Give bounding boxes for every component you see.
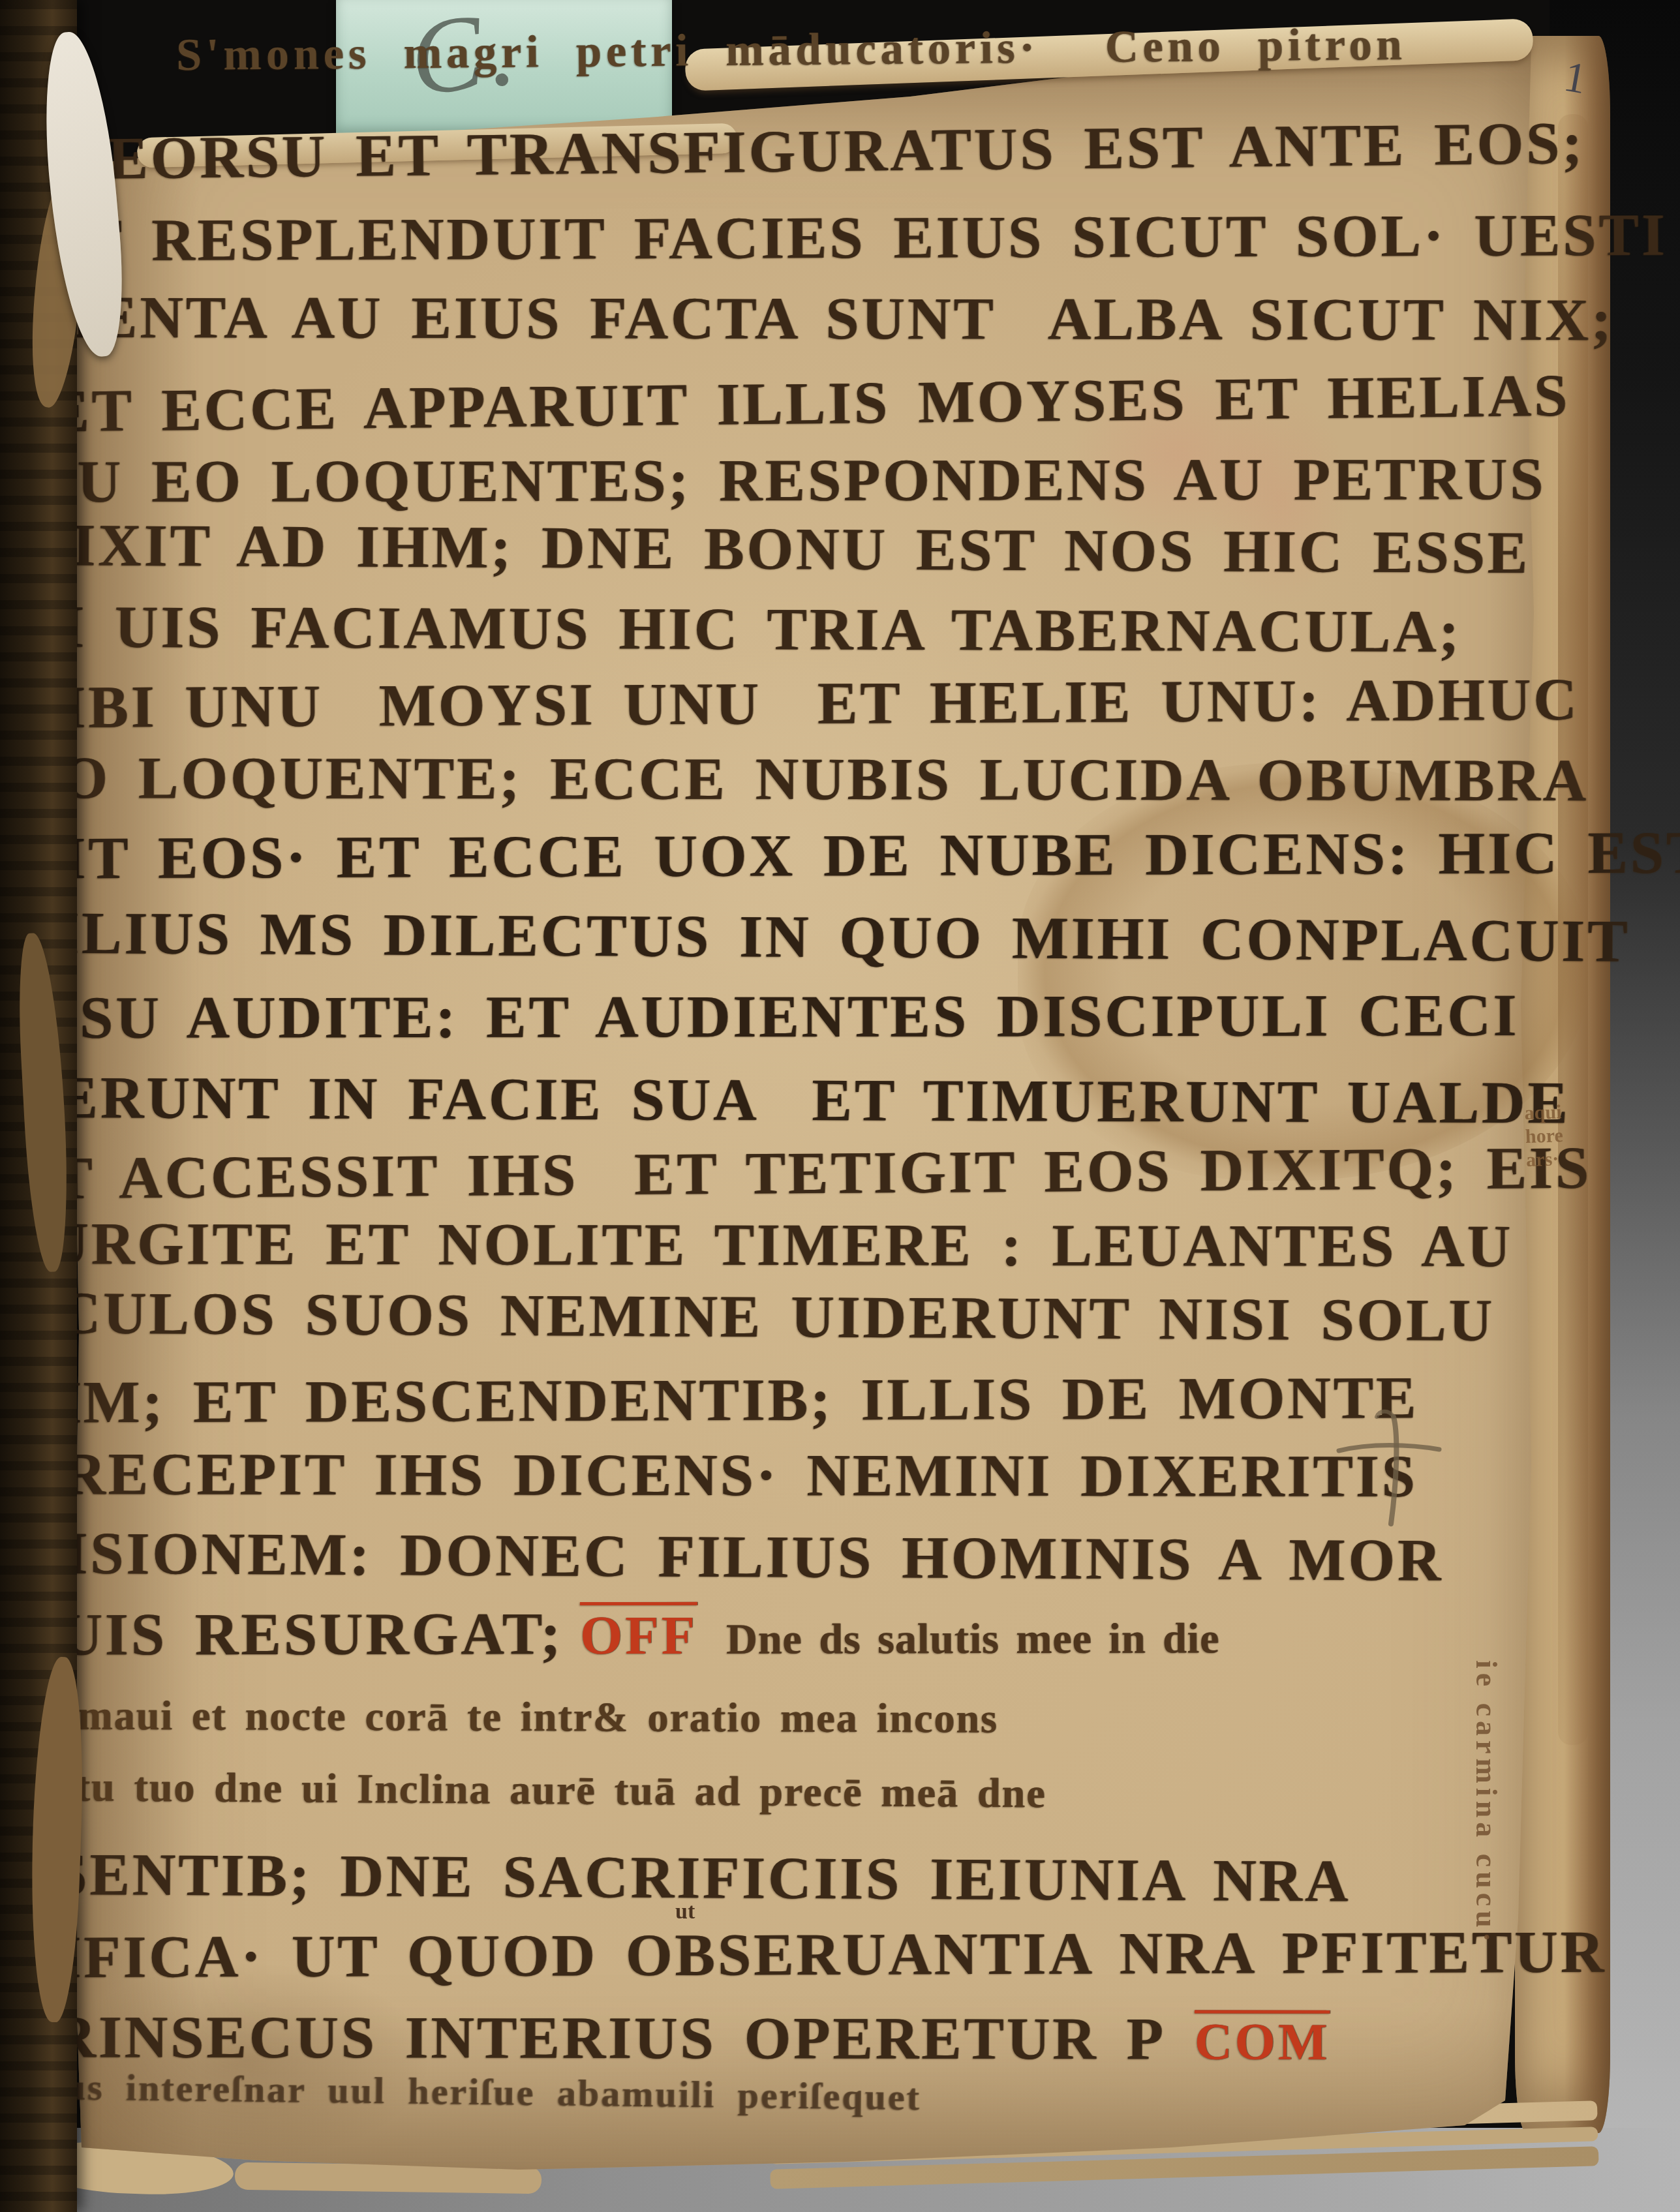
pencil-cross-mark <box>1331 1408 1448 1532</box>
manuscript-line: DERUNT IN FACIE SUA ET TIMUERUNT UALDE <box>12 1067 1570 1132</box>
line-text: TUIS RESURGAT; <box>16 1600 563 1667</box>
manuscript-line: IHM; ET DESCENDENTIB; ILLIS DE MONTE <box>8 1367 1419 1432</box>
manuscript-line: clamaui et nocte corā te intr& oratio me… <box>23 1694 998 1739</box>
manuscript-line: EO LOQUENTE; ECCE NUBIS LUCIDA OBUMBRA <box>18 748 1589 810</box>
manuscript-line: UIT EOS· ET ECCE UOX DE NUBE DICENS: HIC… <box>16 822 1680 888</box>
manuscript-line: TIBI UNU MOYSI UNU ET HELIE UNU: ADHUC <box>20 669 1580 738</box>
title-inscription: S'mones magri petri māducatoris· Ceno pi… <box>176 22 1407 78</box>
manuscript-line: CU EO LOQUENTES; RESPONDENS AU PETRUS <box>31 449 1546 511</box>
manuscript-line-with-rubric: TRINSECUS INTERIUS OPERETUR PCOM <box>10 2007 1330 2069</box>
manuscript-line: SI UIS FACIAMUS HIC TRIA TABERNACULA; <box>25 596 1461 661</box>
manuscript-line: DIXIT AD IHM; DNE BONU EST NOS HIC ESSE <box>26 515 1531 583</box>
manuscript-line: pectu tuo dne ui Inclina aurē tuā ad pre… <box>12 1765 1046 1814</box>
manuscript-line: OCULOS SUOS NEMINE UIDERUNT NISI SOLU <box>8 1282 1495 1350</box>
offertory-rubric: OFF <box>580 1605 697 1666</box>
binding-edge <box>0 0 77 2212</box>
manuscript-line: ET ECCE APPARUIT ILLIS MOYSES ET HELIAS <box>49 365 1570 441</box>
manuscript-line: SURGITE ET NOLITE TIMERE : LEUANTES AU <box>9 1213 1513 1276</box>
manuscript-line: MENTA AU EIUS FACTA SUNT ALBA SICUT NIX; <box>38 287 1613 350</box>
offertory-incipit: Dne ds salutis mee in die <box>726 1614 1219 1663</box>
manuscript-line-faded: lius intereſnar uul heriſue abamuili per… <box>39 2068 921 2117</box>
fore-edge-inscription: ie carmina cucu· <box>1469 1660 1504 2078</box>
manuscript-line: PRECEPIT IHS DICENS· NEMINI DIXERITIS <box>23 1444 1418 1506</box>
scanned-manuscript-view: C. 81 S'mones magri petri māducatoris· C… <box>0 0 1680 2212</box>
margin-note: aqui hore ars· <box>1524 1100 1565 1172</box>
manuscript-line: SEORSU ET TRANSFIGURATUS EST ANTE EOS; <box>72 113 1585 189</box>
manuscript-line: UISIONEM: DONEC FILIUS HOMINIS A MOR <box>18 1523 1444 1590</box>
communion-rubric: COM <box>1195 2013 1330 2070</box>
manuscript-line: ET ACCESSIT IHS ET TETIGIT EOS DIXITQ; E… <box>10 1138 1591 1209</box>
manuscript-line: IPSU AUDITE: ET AUDIENTES DISCIPULI CECI <box>14 985 1519 1048</box>
manuscript-line: CIFICA· UT QUOD OBSERUANTIA NRA PFITETUR <box>12 1922 1606 1988</box>
manuscript-line-with-rubric: TUIS RESURGAT;OFFDne ds salutis mee in d… <box>16 1602 1219 1664</box>
line-text: TRINSECUS INTERIUS OPERETUR P <box>10 2003 1166 2072</box>
manuscript-line: ET RESPLENDUIT FACIES EIUS SICUT SOL· UE… <box>39 205 1668 271</box>
interlinear-gloss: ut <box>675 1900 695 1924</box>
manuscript-line: FILIUS MS DILECTUS IN QUO MIHI CONPLACUI… <box>16 903 1630 971</box>
